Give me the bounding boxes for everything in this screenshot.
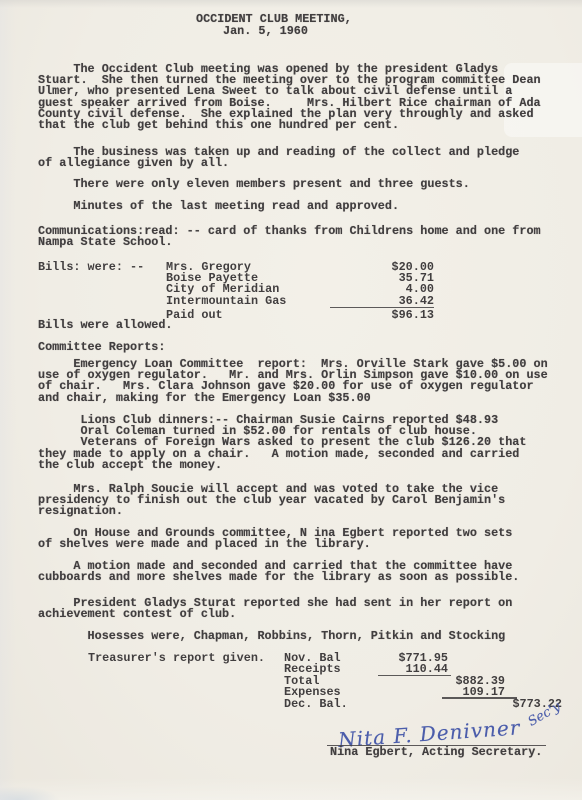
paragraph-motion-shelves: A motion made and seconded and carried t… xyxy=(38,561,519,583)
table-row: City of Meridian 4.00 xyxy=(38,284,578,295)
text-line: Bills were allowed. xyxy=(38,320,173,331)
paragraph-communications: Communications:read: -- card of thanks f… xyxy=(38,226,541,248)
text-line: resignation. xyxy=(38,506,505,517)
text-line: Minutes of the last meeting read and app… xyxy=(38,201,399,212)
document-page: OCCIDENT CLUB MEETING, Jan. 5, 1960 The … xyxy=(0,0,582,800)
text-line: the club accept the money. xyxy=(38,460,526,471)
paragraph-attendance: There were only eleven members present a… xyxy=(38,179,470,190)
typed-signature: Nina Egbert, Acting Secretary. xyxy=(330,747,542,758)
bills-total-amount: $96.13 xyxy=(278,310,434,321)
bills-table: Bills: were: -- Mrs. Gregory $20.00 Bois… xyxy=(38,262,458,324)
text-line: There were only eleven members present a… xyxy=(38,179,470,190)
paragraph-hostesses: Hosesses were, Chapman, Robbins, Thorn, … xyxy=(38,631,505,642)
treasurer-table: Treasurer's report given. Nov. Bal $771.… xyxy=(38,653,568,711)
paragraph-lions-club: Lions Club dinners:-- Chairman Susie Cai… xyxy=(38,415,526,471)
text-line: cubboards and more shelves made for the … xyxy=(38,572,519,583)
paragraph-bills-allowed: Bills were allowed. xyxy=(38,320,173,331)
text-line: Committee Reports: xyxy=(38,342,165,353)
bills-amount: 36.42 xyxy=(278,296,434,307)
text-line: and chair, making for the Emergency Loan… xyxy=(38,393,548,404)
table-row: Mrs. Gregory $20.00 xyxy=(38,262,578,273)
text-line: that the club get behind this one hundre… xyxy=(38,120,541,131)
text-line: achievement contest of club. xyxy=(38,609,512,620)
bills-payee: Intermountain Gas xyxy=(166,296,286,307)
table-row: Boise Payette 35.71 xyxy=(38,273,578,284)
paragraph-opening: The Occident Club meeting was opened by … xyxy=(38,64,541,131)
table-row: Dec. Bal. $773.22 xyxy=(38,699,578,710)
table-row: Intermountain Gas 36.42 xyxy=(38,296,578,307)
ink-smudge xyxy=(0,786,60,800)
treasurer-label: Dec. Bal. xyxy=(284,699,348,710)
text-line: of shelves were made and placed in the l… xyxy=(38,539,512,550)
text-line: of allegiance given by all. xyxy=(38,158,519,169)
paragraph-house-grounds: On House and Grounds committee, N ina Eg… xyxy=(38,528,512,550)
committee-reports-heading: Committee Reports: xyxy=(38,342,165,353)
paragraph-vice-presidency: Mrs. Ralph Soucie will accept and was vo… xyxy=(38,484,505,518)
bills-total-label: Paid out xyxy=(166,310,223,321)
paragraph-business: The business was taken up and reading of… xyxy=(38,147,519,169)
text-line: Nampa State School. xyxy=(38,237,541,248)
text-line: Hosesses were, Chapman, Robbins, Thorn, … xyxy=(38,631,505,642)
paragraph-achievement: President Gladys Sturat reported she had… xyxy=(38,598,512,620)
paragraph-emergency-loan: Emergency Loan Committee report: Mrs. Or… xyxy=(38,359,548,404)
meeting-date: Jan. 5, 1960 xyxy=(223,26,308,37)
paragraph-minutes: Minutes of the last meeting read and app… xyxy=(38,201,399,212)
